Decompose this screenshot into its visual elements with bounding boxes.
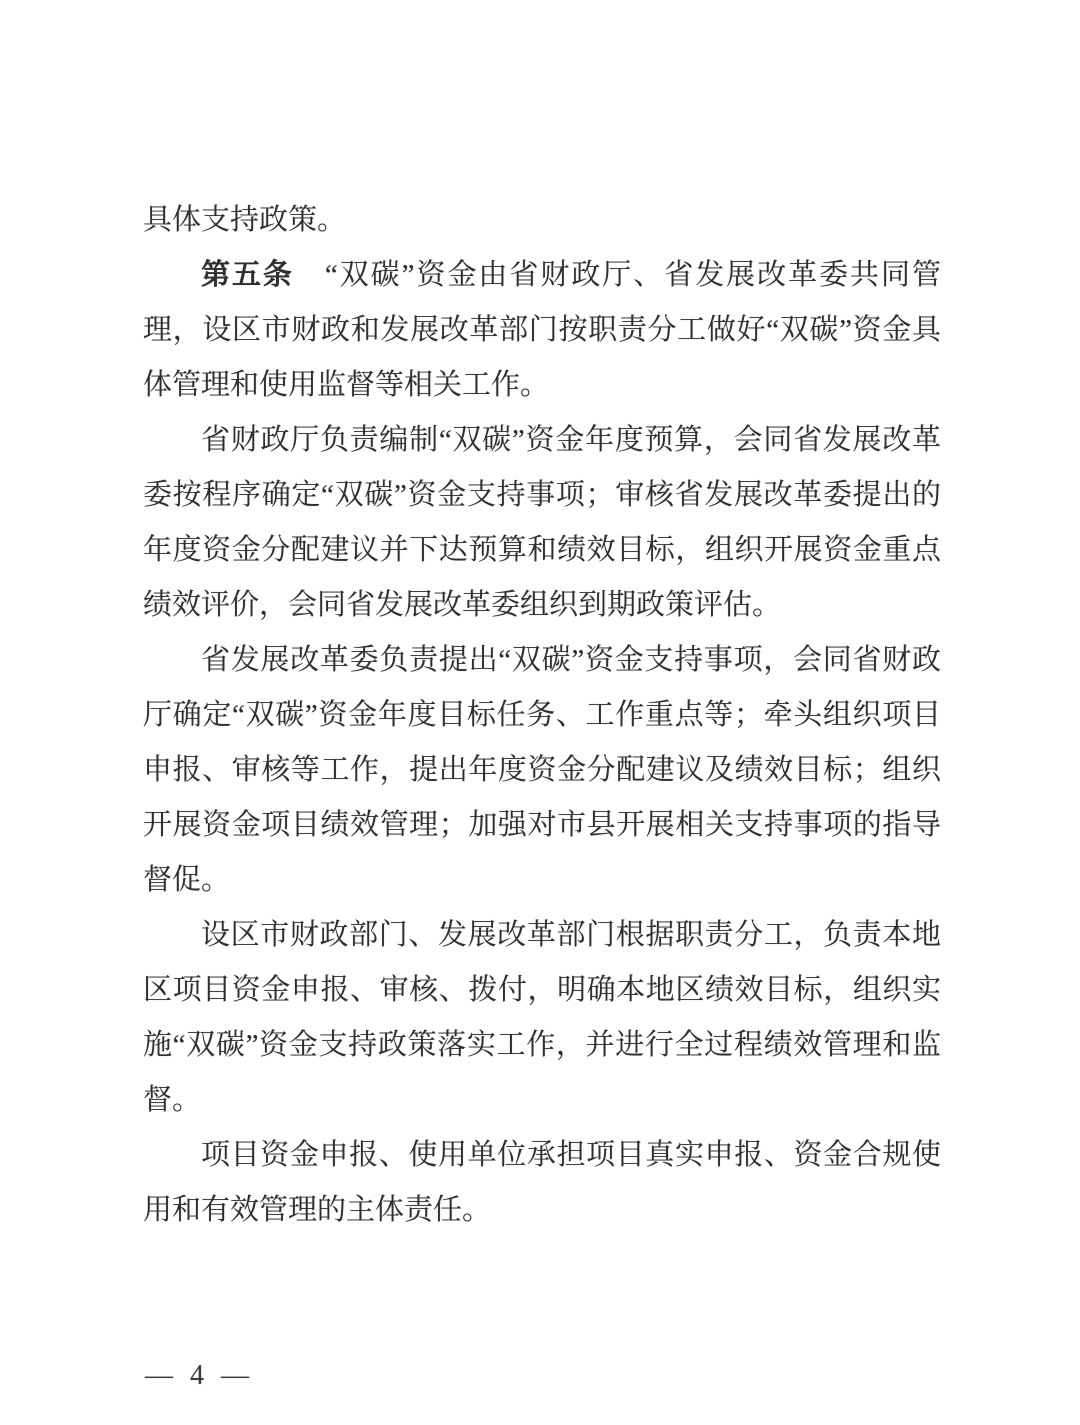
paragraph-text: 具体支持政策。: [143, 204, 346, 236]
paragraph-municipal-duties: 设区市财政部门、发展改革部门根据职责分工，负责本地区项目资金申报、审核、拨付，明…: [143, 908, 941, 1128]
page-number: — 4 —: [145, 1360, 254, 1392]
paragraph-article-5: 第五条 “双碳”资金由省财政厅、省发展改革委共同管理，设区市财政和发展改革部门按…: [143, 248, 941, 413]
document-body: 具体支持政策。 第五条 “双碳”资金由省财政厅、省发展改革委共同管理，设区市财政…: [143, 193, 941, 1238]
article-number-label: 第五条: [201, 259, 294, 291]
document-page: 具体支持政策。 第五条 “双碳”资金由省财政厅、省发展改革委共同管理，设区市财政…: [0, 0, 1080, 1425]
paragraph-text: 项目资金申报、使用单位承担项目真实申报、资金合规使用和有效管理的主体责任。: [143, 1139, 941, 1226]
paragraph-applicant-responsibility: 项目资金申报、使用单位承担项目真实申报、资金合规使用和有效管理的主体责任。: [143, 1128, 941, 1238]
paragraph-text: 省财政厅负责编制“双碳”资金年度预算，会同省发展改革委按程序确定“双碳”资金支持…: [143, 424, 941, 621]
paragraph-finance-dept-duties: 省财政厅负责编制“双碳”资金年度预算，会同省发展改革委按程序确定“双碳”资金支持…: [143, 413, 941, 633]
paragraph-text: 设区市财政部门、发展改革部门根据职责分工，负责本地区项目资金申报、审核、拨付，明…: [143, 919, 941, 1116]
paragraph-text: 省发展改革委负责提出“双碳”资金支持事项，会同省财政厅确定“双碳”资金年度目标任…: [143, 644, 941, 896]
paragraph-development-reform-duties: 省发展改革委负责提出“双碳”资金支持事项，会同省财政厅确定“双碳”资金年度目标任…: [143, 633, 941, 908]
paragraph-continuation: 具体支持政策。: [143, 193, 941, 248]
